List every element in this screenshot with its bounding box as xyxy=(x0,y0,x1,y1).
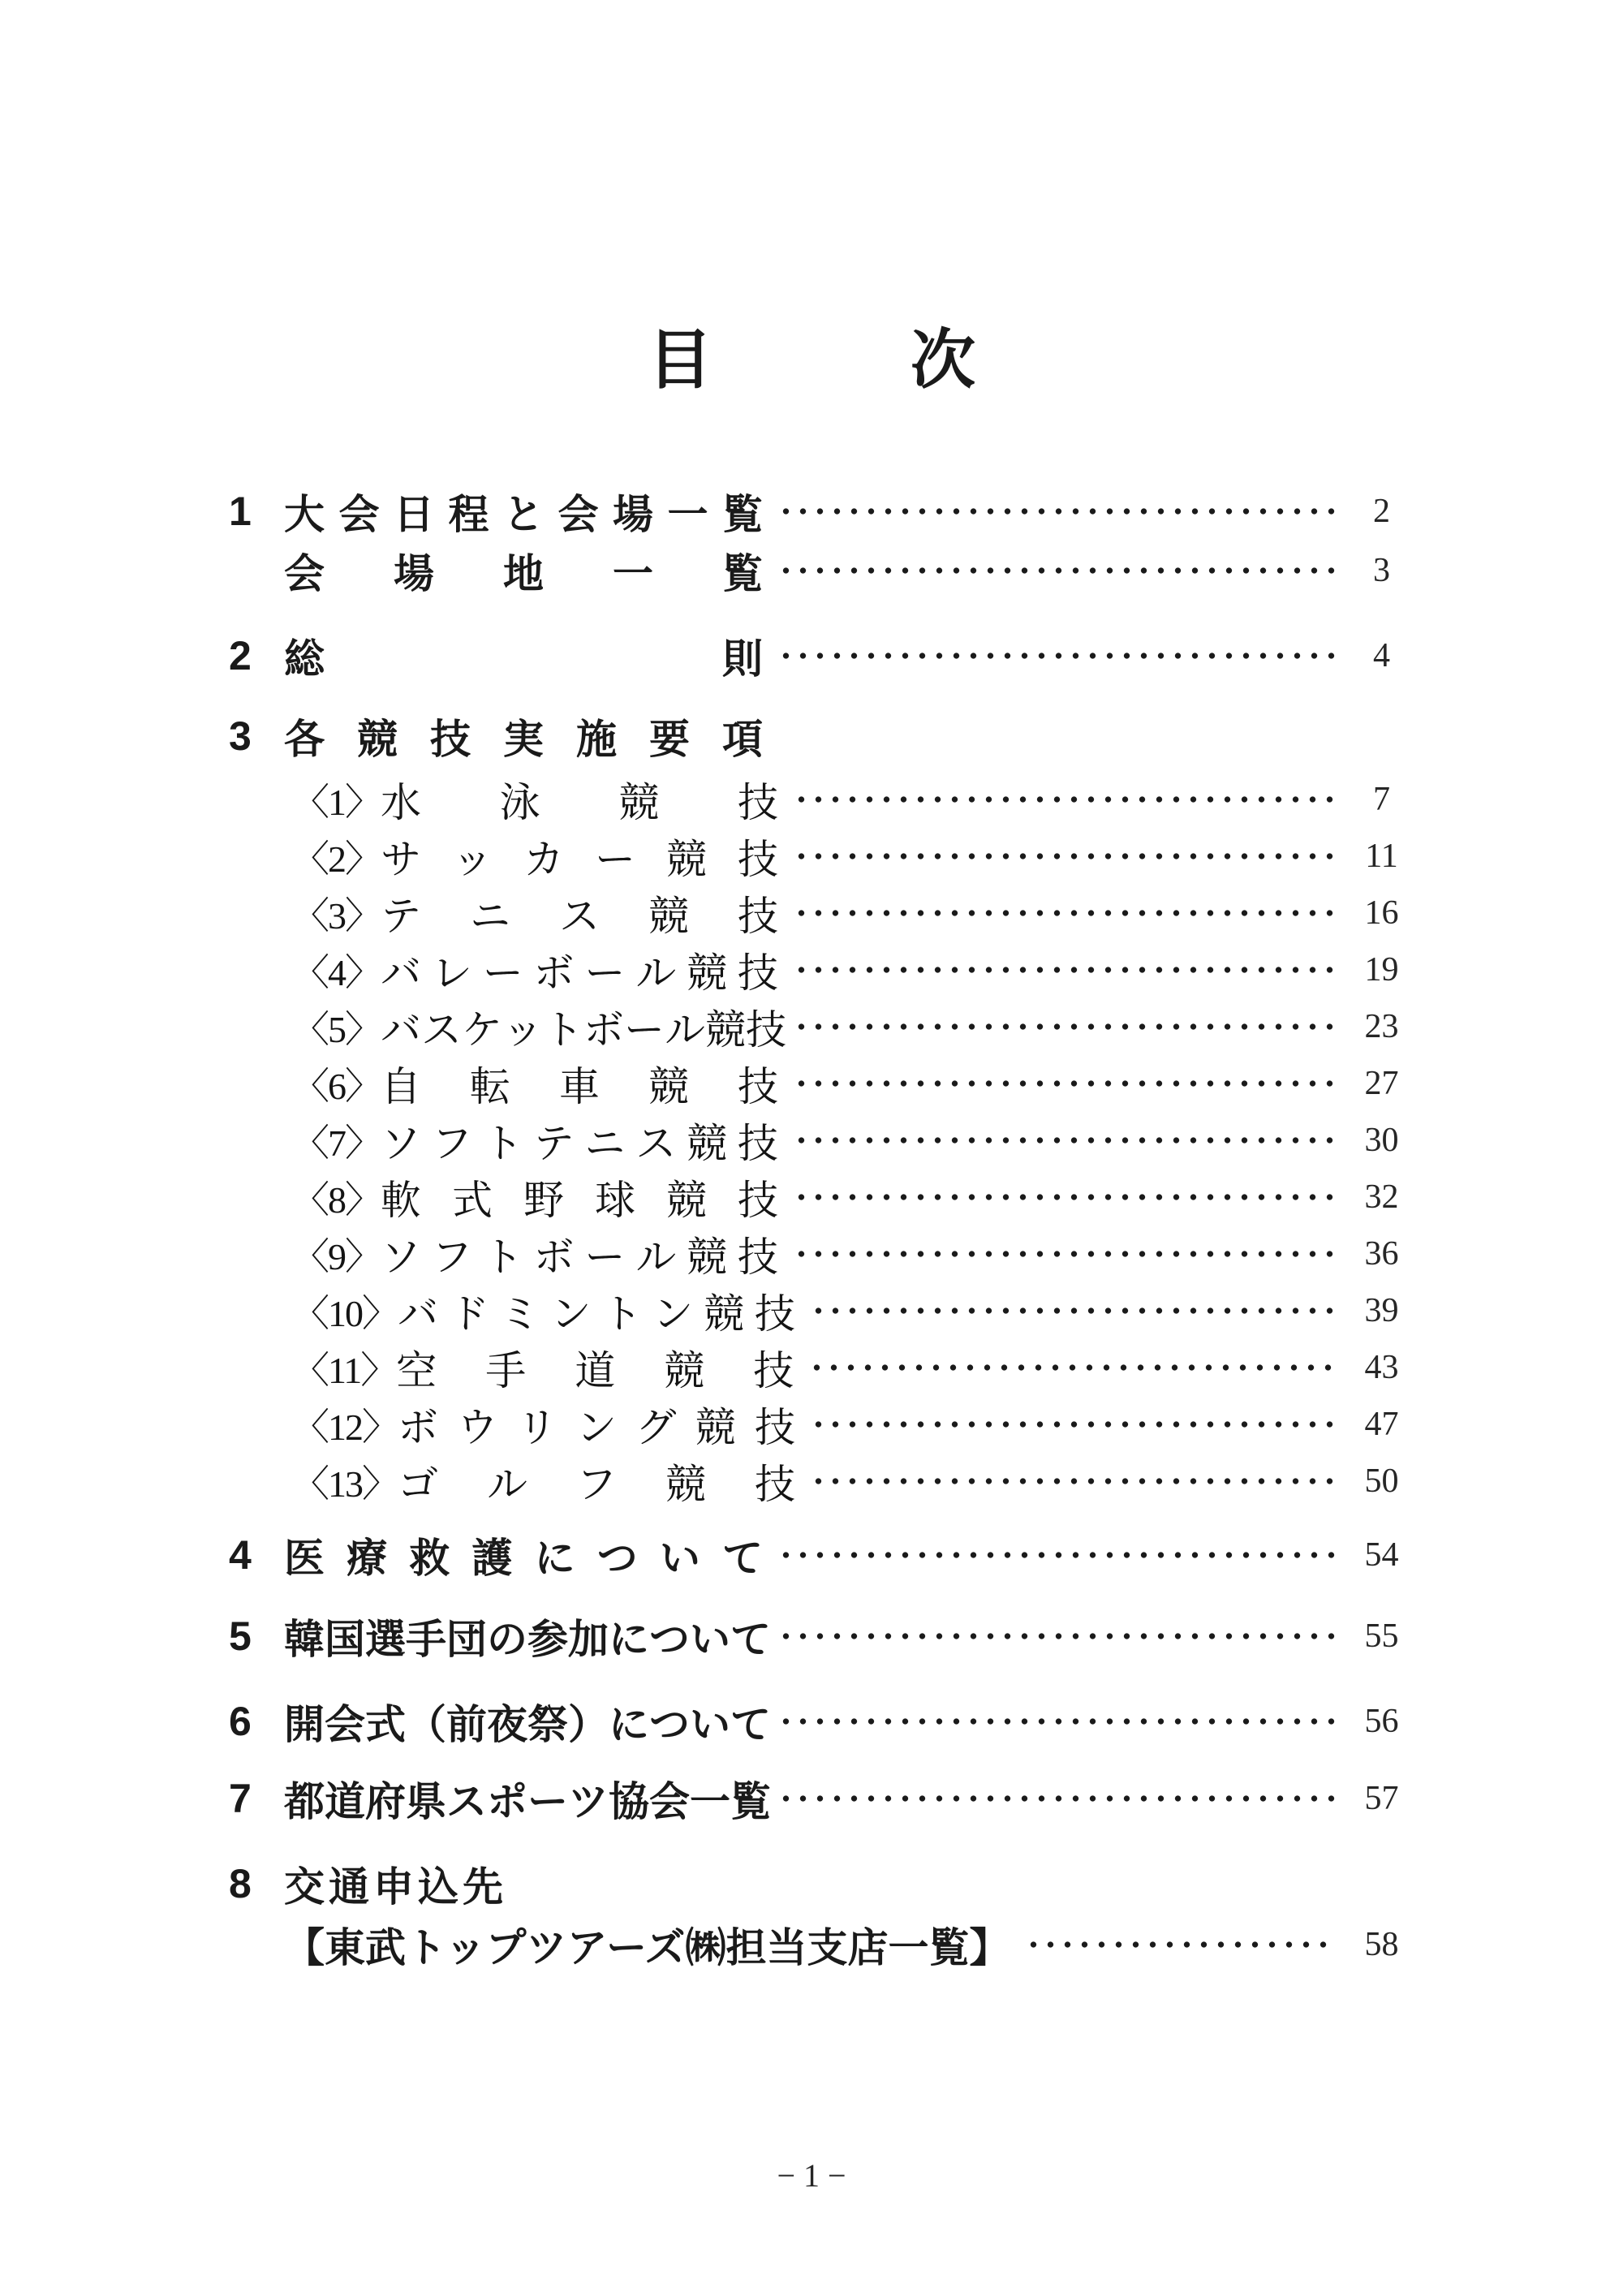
entry-title: 都道府県スポーツ協会一覧 xyxy=(284,1769,763,1828)
section-number: 5 xyxy=(227,1613,284,1660)
sub-entry-number: 〈12〉 xyxy=(284,1398,398,1451)
toc-sub-entry: 〈1〉 水泳競技 7 xyxy=(227,771,1416,828)
dot-leader xyxy=(791,771,1336,828)
section-number: 4 xyxy=(227,1531,284,1579)
entry-page: 30 xyxy=(1347,1121,1416,1160)
entry-title: 韓国選手団の参加について xyxy=(284,1607,763,1665)
toc-sub-entry: 〈7〉 ソフトテニス競技 30 xyxy=(227,1112,1416,1169)
section-number: 6 xyxy=(227,1698,284,1745)
dot-leader xyxy=(776,1608,1336,1665)
entry-title: 自転車競技 xyxy=(381,1054,778,1113)
dot-leader xyxy=(776,1770,1336,1827)
dot-leader xyxy=(791,1169,1336,1226)
entry-title: 大会日程と会場一覧 xyxy=(284,482,763,541)
dot-leader xyxy=(791,1112,1336,1169)
dot-leader xyxy=(807,1339,1336,1396)
entry-page: 4 xyxy=(1347,636,1416,675)
sub-entry-number: 〈2〉 xyxy=(284,829,381,883)
toc-sub-entry: 〈12〉 ボウリング競技 47 xyxy=(227,1396,1416,1453)
entry-page: 3 xyxy=(1347,551,1416,590)
page-title: 目次 xyxy=(648,324,975,397)
toc-entry: 8 交通申込先 xyxy=(227,1855,1416,1912)
toc-sub-entry: 〈6〉 自転車競技 27 xyxy=(227,1055,1416,1112)
sub-entry-number: 〈7〉 xyxy=(284,1114,381,1167)
entry-page: 2 xyxy=(1347,492,1416,531)
toc-entry: 2 総則 4 xyxy=(227,627,1416,684)
entry-title: バスケットボール競技 xyxy=(381,997,778,1056)
toc-section-header: 3 各競技実施要項 xyxy=(227,708,1416,765)
dot-leader xyxy=(808,1282,1336,1339)
entry-page: 55 xyxy=(1347,1617,1416,1656)
entry-title: 医療救護について xyxy=(284,1526,763,1584)
entry-title: バレーボール競技 xyxy=(381,941,778,999)
sub-entry-number: 〈6〉 xyxy=(284,1057,381,1110)
toc-sub-entry: 〈3〉 テニス競技 16 xyxy=(227,885,1416,941)
section-number: 1 xyxy=(227,488,284,535)
dot-leader xyxy=(791,1226,1336,1282)
toc-entry: 【東武トップツアーズ㈱担当支店一覧】 58 xyxy=(227,1916,1416,1973)
dot-leader xyxy=(791,885,1336,941)
entry-page: 36 xyxy=(1347,1234,1416,1273)
entry-page: 50 xyxy=(1347,1462,1416,1501)
entry-title: 【東武トップツアーズ㈱担当支店一覧】 xyxy=(284,1915,1010,1974)
entry-title: 各競技実施要項 xyxy=(284,707,763,765)
toc-entry: 6 開会式（前夜祭）について 56 xyxy=(227,1693,1416,1750)
toc-list: 1 大会日程と会場一覧 2 会場地一覧 3 2 総則 4 3 各競技実施要項 〈… xyxy=(227,483,1416,1973)
page-number-footer: − 1 − xyxy=(0,2147,1623,2204)
toc-sub-entry: 〈13〉 ゴルフ競技 50 xyxy=(227,1453,1416,1510)
toc-sub-entry: 〈2〉 サッカー競技 11 xyxy=(227,828,1416,885)
entry-title: サッカー競技 xyxy=(381,827,778,885)
entry-page: 39 xyxy=(1347,1291,1416,1330)
entry-title: 総則 xyxy=(284,627,763,685)
toc-sub-entry: 〈10〉 バドミントン競技 39 xyxy=(227,1282,1416,1339)
section-number: 8 xyxy=(227,1860,284,1907)
entry-page: 19 xyxy=(1347,950,1416,989)
sub-entry-number: 〈13〉 xyxy=(284,1454,398,1508)
sub-entry-number: 〈1〉 xyxy=(284,773,381,826)
dot-leader xyxy=(791,998,1336,1055)
entry-page: 54 xyxy=(1347,1536,1416,1574)
dot-leader xyxy=(776,483,1336,540)
entry-title: バドミントン競技 xyxy=(398,1282,795,1340)
toc-entry: 1 大会日程と会場一覧 2 xyxy=(227,483,1416,540)
sub-entry-number: 〈3〉 xyxy=(284,886,381,940)
entry-title: 空手道競技 xyxy=(396,1338,794,1397)
sub-entry-number: 〈9〉 xyxy=(284,1227,381,1281)
entry-page: 32 xyxy=(1347,1178,1416,1217)
section-number: 7 xyxy=(227,1775,284,1822)
entry-title: ゴルフ競技 xyxy=(398,1452,795,1510)
toc-sub-entry: 〈9〉 ソフトボール競技 36 xyxy=(227,1226,1416,1282)
toc-page: 目次 1 大会日程と会場一覧 2 会場地一覧 3 2 総則 4 3 各競技実施要… xyxy=(0,0,1623,2296)
sub-entry-number: 〈5〉 xyxy=(284,1000,381,1053)
entry-page: 16 xyxy=(1347,894,1416,933)
entry-page: 27 xyxy=(1347,1064,1416,1103)
entry-page: 58 xyxy=(1347,1925,1416,1964)
toc-entry: 会場地一覧 3 xyxy=(227,542,1416,599)
toc-sub-entry: 〈8〉 軟式野球競技 32 xyxy=(227,1169,1416,1226)
entry-title: 開会式（前夜祭）について xyxy=(284,1692,763,1751)
dot-leader xyxy=(776,627,1336,684)
dot-leader xyxy=(776,542,1336,599)
entry-title: 会場地一覧 xyxy=(284,541,763,600)
entry-page: 43 xyxy=(1347,1348,1416,1387)
entry-page: 47 xyxy=(1347,1405,1416,1444)
toc-sub-entry: 〈4〉 バレーボール競技 19 xyxy=(227,941,1416,998)
dot-leader xyxy=(791,941,1336,998)
entry-title: 水泳競技 xyxy=(381,770,778,829)
dot-leader xyxy=(808,1396,1336,1453)
toc-sub-entry: 〈5〉 バスケットボール競技 23 xyxy=(227,998,1416,1055)
toc-entry: 4 医療救護について 54 xyxy=(227,1527,1416,1583)
entry-title: ボウリング競技 xyxy=(398,1395,795,1454)
toc-sub-entry: 〈11〉 空手道競技 43 xyxy=(227,1339,1416,1396)
entry-title: 軟式野球競技 xyxy=(381,1168,778,1226)
toc-entry: 5 韓国選手団の参加について 55 xyxy=(227,1608,1416,1665)
dot-leader xyxy=(776,1527,1336,1583)
dot-leader xyxy=(791,828,1336,885)
entry-page: 57 xyxy=(1347,1779,1416,1818)
entry-page: 7 xyxy=(1347,780,1416,819)
dot-leader xyxy=(808,1453,1336,1510)
entry-title: 交通申込先 xyxy=(284,1854,507,1913)
section-number: 2 xyxy=(227,632,284,679)
entry-page: 11 xyxy=(1347,837,1416,876)
dot-leader xyxy=(791,1055,1336,1112)
dot-leader xyxy=(1023,1916,1337,1973)
entry-page: 23 xyxy=(1347,1007,1416,1046)
entry-page: 56 xyxy=(1347,1702,1416,1741)
entry-title: ソフトボール競技 xyxy=(381,1225,778,1283)
sub-entry-number: 〈10〉 xyxy=(284,1284,398,1338)
sub-entry-number: 〈4〉 xyxy=(284,943,381,997)
toc-entry: 7 都道府県スポーツ協会一覧 57 xyxy=(227,1770,1416,1827)
sub-entry-number: 〈8〉 xyxy=(284,1170,381,1224)
entry-title: テニス競技 xyxy=(381,884,778,942)
entry-title: ソフトテニス競技 xyxy=(381,1111,778,1170)
dot-leader xyxy=(776,1693,1336,1750)
sub-entry-number: 〈11〉 xyxy=(284,1341,396,1394)
section-number: 3 xyxy=(227,713,284,760)
